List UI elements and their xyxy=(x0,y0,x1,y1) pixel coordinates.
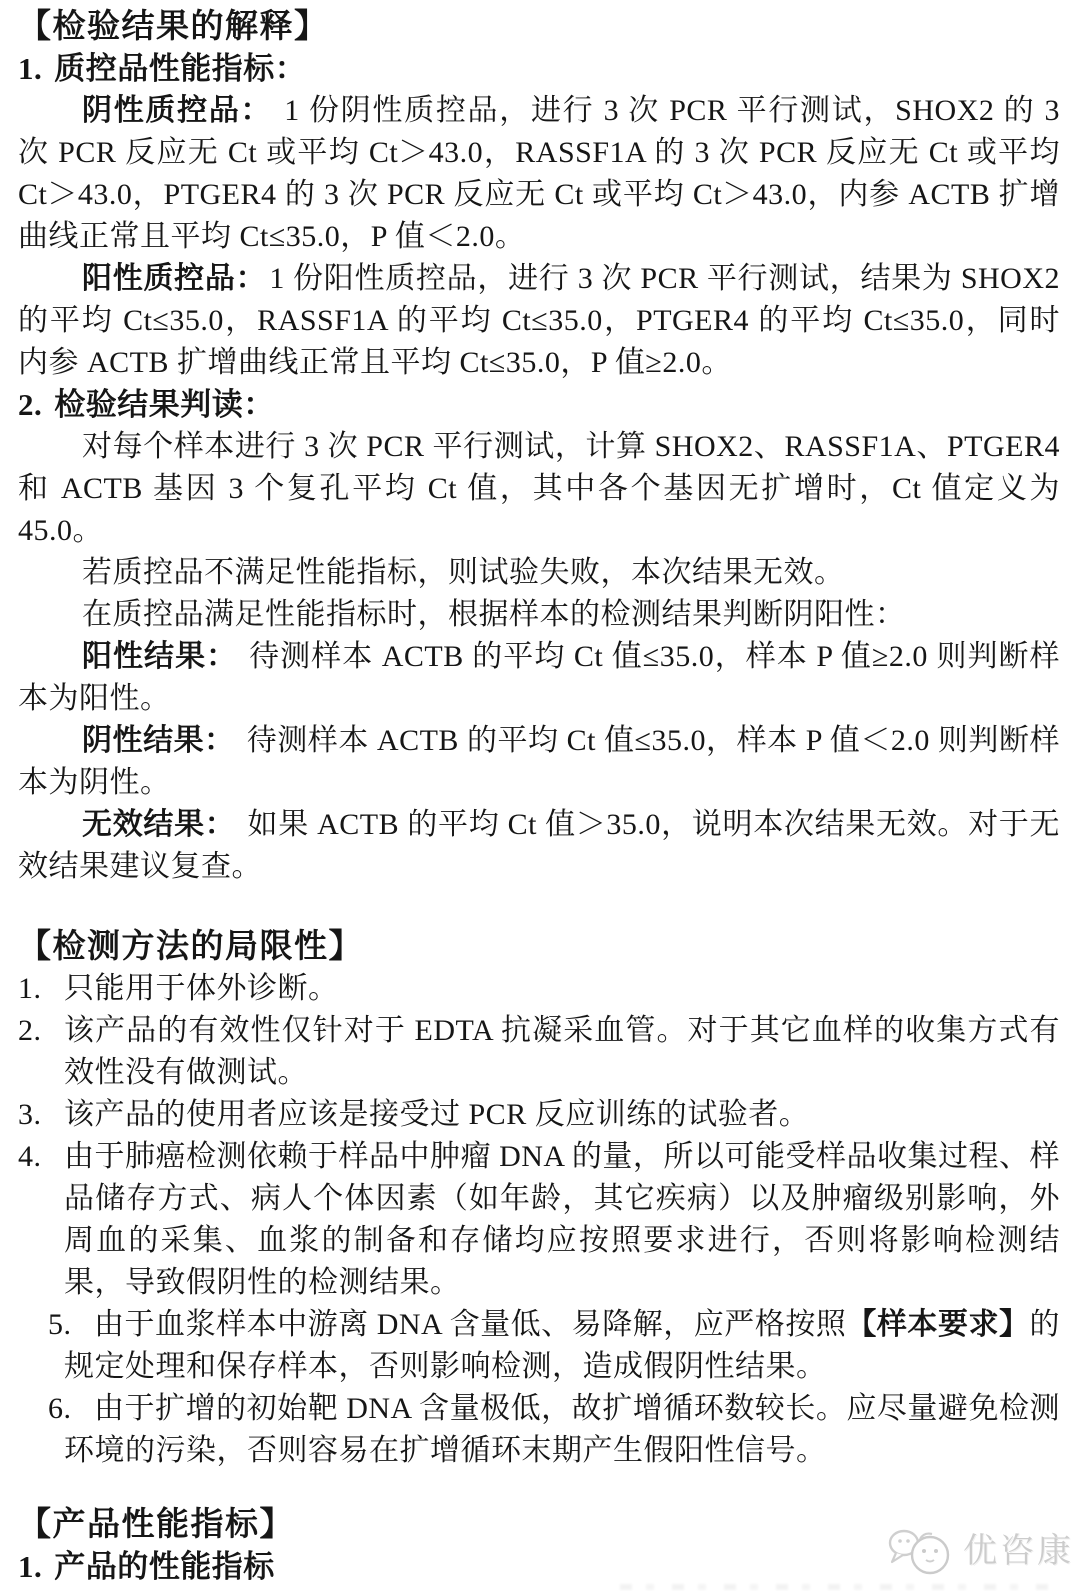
para-negative-result: 阴性结果：待测样本 ACTB 的平均 Ct 值≤35.0，样本 P 值＜2.0 … xyxy=(18,720,1060,804)
para-negative-lead: 阴性质控品： xyxy=(82,94,272,127)
list-item: 5.由于血浆样本中游离 DNA 含量低、易降解，应严格按照【样本要求】的规定处理… xyxy=(18,1304,1060,1388)
cutoff-next-line-artifact xyxy=(620,1584,1060,1590)
subheading-title: 产品的性能指标 xyxy=(54,1549,275,1584)
list-item: 1.只能用于体外诊断。 xyxy=(18,968,1060,1010)
subheading-number: 1. xyxy=(18,51,42,86)
chat-mascots-logo-icon xyxy=(887,1524,957,1578)
heading-result-interpretation: 【检验结果的解释】 xyxy=(18,4,1060,48)
list-item-text: 由于血浆样本中游离 DNA 含量低、易降解，应严格按照 xyxy=(94,1308,846,1341)
document-page: 【检验结果的解释】 1.质控品性能指标： 阴性质控品：1 份阴性质控品，进行 3… xyxy=(0,0,1080,1591)
subheading-result-reading: 2.检验结果判读： xyxy=(18,384,1060,426)
para-invalid-result-lead: 无效结果： xyxy=(82,808,236,841)
list-item-text: 由于扩增的初始靶 DNA 含量极低，故扩增循环数较长。应尽量避免检测环境的污染，… xyxy=(64,1392,1060,1467)
watermark: 优咨康 xyxy=(887,1524,1074,1578)
para-positive-result-lead: 阳性结果： xyxy=(82,640,237,673)
para-negative-result-lead: 阴性结果： xyxy=(82,724,235,757)
list-item-number: 2. xyxy=(18,1010,42,1052)
list-item-text: 只能用于体外诊断。 xyxy=(64,972,339,1005)
subheading-qc-performance: 1.质控品性能指标： xyxy=(18,48,1060,90)
list-item: 3.该产品的使用者应该是接受过 PCR 反应训练的试验者。 xyxy=(18,1094,1060,1136)
list-item: 2.该产品的有效性仅针对于 EDTA 抗凝采血管。对于其它血样的收集方式有效性没… xyxy=(18,1010,1060,1094)
para-positive-result: 阳性结果：待测样本 ACTB 的平均 Ct 值≤35.0，样本 P 值≥2.0 … xyxy=(18,636,1060,720)
subheading-title: 质控品性能指标： xyxy=(54,51,306,86)
para-positive-lead: 阳性质控品： xyxy=(82,262,266,295)
list-item: 4.由于肺癌检测依赖于样品中肿瘤 DNA 的量，所以可能受样品收集过程、样品储存… xyxy=(18,1136,1060,1304)
para-qc-pass-judge: 在质控品满足性能指标时，根据样本的检测结果判断阴阳性： xyxy=(18,594,1060,636)
para-read-method: 对每个样本进行 3 次 PCR 平行测试，计算 SHOX2、RASSF1A、PT… xyxy=(18,426,1060,552)
list-item-number: 4. xyxy=(18,1136,42,1178)
para-positive-control: 阳性质控品：1 份阳性质控品，进行 3 次 PCR 平行测试，结果为 SHOX2… xyxy=(18,258,1060,384)
para-qc-fail: 若质控品不满足性能指标，则试验失败，本次结果无效。 xyxy=(18,552,1060,594)
section-method-limitations: 【检测方法的局限性】 1.只能用于体外诊断。 2.该产品的有效性仅针对于 EDT… xyxy=(18,924,1060,1472)
list-item-text: 由于肺癌检测依赖于样品中肿瘤 DNA 的量，所以可能受样品收集过程、样品储存方式… xyxy=(64,1140,1060,1299)
heading-method-limitations: 【检测方法的局限性】 xyxy=(18,924,1060,968)
subheading-number: 2. xyxy=(18,387,42,422)
list-item-number: 6. xyxy=(18,1388,72,1430)
list-item-text: 该产品的有效性仅针对于 EDTA 抗凝采血管。对于其它血样的收集方式有效性没有做… xyxy=(64,1014,1060,1089)
list-item-number: 1. xyxy=(18,968,42,1010)
subheading-title: 检验结果判读： xyxy=(54,387,275,422)
sample-requirement-bold-ref: 【样本要求】 xyxy=(846,1308,1029,1341)
list-item-number: 3. xyxy=(18,1094,42,1136)
list-item-text: 该产品的使用者应该是接受过 PCR 反应训练的试验者。 xyxy=(64,1098,809,1131)
para-negative-control: 阴性质控品：1 份阴性质控品，进行 3 次 PCR 平行测试，SHOX2 的 3… xyxy=(18,90,1060,258)
para-invalid-result: 无效结果：如果 ACTB 的平均 Ct 值＞35.0，说明本次结果无效。对于无效… xyxy=(18,804,1060,888)
list-item: 6.由于扩增的初始靶 DNA 含量极低，故扩增循环数较长。应尽量避免检测环境的污… xyxy=(18,1388,1060,1472)
watermark-text: 优咨康 xyxy=(963,1530,1074,1572)
list-item-number: 5. xyxy=(18,1304,72,1346)
subheading-number: 1. xyxy=(18,1549,42,1584)
